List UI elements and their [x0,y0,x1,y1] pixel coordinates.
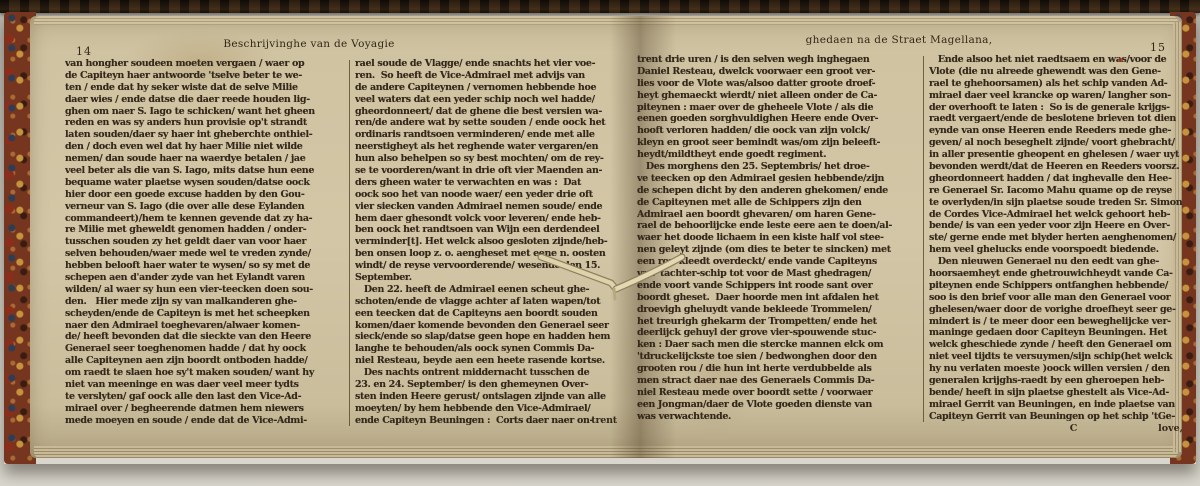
text-line: langhe te behouden/als oock synen Commis… [355,343,617,355]
text-line: nemen/ dan soude haer na waerdye betalen… [65,153,346,165]
text-line: hooft verloren hadden/ die oock van zijn… [637,125,920,137]
text-line: een teecken dat de Capiteyns aen boordt … [355,308,617,320]
text-line: mirael daer veel krancke op waren/ langh… [929,90,1183,102]
page-number-left: 14 [76,45,92,58]
text-line: 'tdruckelijckste toe sien / bedwonghen d… [637,351,920,363]
text-line: schepen aen d'ander zyde van het Eylandt… [65,272,346,284]
text-line: de Capiteynen met alle de Schippers zijn… [637,197,920,209]
text-line: naer den Admirael toeghevaren/alwaer kom… [65,320,346,332]
text-line: gheordonneert hadden / dat inghevalle de… [929,173,1183,185]
text-line: scheyden/ende de Capiteyn is met het sch… [65,308,346,320]
text-line: Daniel Resteau, dwelck voorwaer een groo… [637,66,920,78]
text-line: heydt/mildtheyt ende goedt regiment. [637,149,920,161]
text-line: ste/ gerne ende met blyder herten aenghe… [929,232,1183,244]
text-line: niel Resteau mede over boordt sette / vo… [637,387,920,399]
text-line: kleyn en groot seer bemindt was/om zijn … [637,137,920,149]
catchword-right: love, [1158,423,1183,434]
text-line: ren. So heeft de Vice-Admirael met advij… [355,70,617,82]
text-line: 23. en 24. September/ is den ghemeynen O… [355,379,617,391]
text-line: Des nachts ontrent middernacht tusschen … [355,367,617,379]
text-line: Des morghens den 25. Septembris/ het dro… [637,161,920,173]
text-line: moeyten/ by hem hebbende den Vice-Admira… [355,403,617,415]
text-line: reden en was sy anders hun provisie op't… [65,117,346,129]
text-line: trent drie uren / is den selven wegh ing… [637,54,920,66]
text-line: veel beter als die van S. Iago, mits dat… [65,165,346,177]
text-line: Generael seer toeghenomen hadde / dat hy… [65,343,346,355]
red-ink-speck [1118,58,1123,62]
page-number-right: 15 [1150,41,1166,54]
catchword-left: trent [517,415,617,426]
text-line: ben oock het randtsoen van Wijn een derd… [355,224,617,236]
text-line: maninge gedaen door Capiteyn Beuningen. … [929,327,1183,339]
text-line: Vlote (die nu alreede ghewendt was den G… [929,66,1183,78]
text-line: de Cordes Vice-Admirael het welck gehoor… [929,209,1183,221]
text-line: om raedt te slaen hoe sy't maken souden/… [65,367,346,379]
text-line: hier door een goede excuse hadden by den… [65,189,346,201]
text-line: een Jongman/daer de Vlote goeden dienste… [637,399,920,411]
text-line: niet veel tijdts te versuymen/sijn schip… [929,351,1183,363]
text-line: niet van meeninge en was daer veel meer … [65,379,346,391]
text-line: verneur van S. Iago (die over alle dese … [65,201,346,213]
text-line: der overhooft te laten : So is de genera… [929,102,1183,114]
signature-row: C love, [929,423,1183,434]
text-line: hoorsaemheyt ende ghetrouwichheydt vande… [929,268,1183,280]
text-line: daer wies / ende datse die daer reede ho… [65,94,346,106]
running-header-right: ghedaen na de Straet Magellana, [774,34,1024,46]
text-line: sieck/ende so slap/datse geen hope en ha… [355,331,617,343]
text-line: commandeert)/hem te kennen gevende dat z… [65,213,346,225]
text-line: piteynen : maer over de gheheele Vlote /… [637,102,920,114]
text-line: den. Hier mede zijn sy van malkanderen g… [65,296,346,308]
text-line: soo is den brief voor alle man den Gener… [929,292,1183,304]
text-line: generalen krijghs-raedt by een gheroepen… [929,375,1183,387]
text-line: grooten rou / die hun int herte verdubbe… [637,363,920,375]
text-column-left-1: van hongher soudeen moeten vergaen / wae… [65,58,346,427]
text-line: oock soo het van noode waer/ een yeder d… [355,189,617,201]
text-line: selven behouden/waer mede wel te vreden … [65,248,346,260]
text-line: mindert is / te meer door een beweghelij… [929,316,1183,328]
text-line: te verslyten/ gaf oock alle den last den… [65,391,346,403]
text-line: Ende alsoo het niet raedtsaem en was/voo… [929,54,1183,66]
text-line: van hongher soudeen moeten vergaen / wae… [65,58,346,70]
text-line: de/ heeft bevonden dat die sieckte van d… [65,331,346,343]
text-line: te overlyden/in sijn plaetse soude trede… [929,197,1183,209]
text-line: eynde van onse Heeren ende Reeders mede … [929,125,1183,137]
text-line: lies voor de Vlote was/alsoo datter groo… [637,78,920,90]
text-line: neerstigheyt als het reghende water verg… [355,141,617,153]
text-line: Capiteyn Gerrit van Beuningen op het sch… [929,411,1183,423]
text-line: ordinaris randtsoen verminderen/ ende me… [355,129,617,141]
page-edges-top [34,16,1178,25]
text-line: ren/de andere wat by sette souden / ende… [355,117,617,129]
text-line: rael soude de Vlagge/ ende snachts het v… [355,58,617,70]
text-line: welck gheschiede zynde / heeft den Gener… [929,339,1183,351]
text-line: gheordonneert/ dat de ghene die best ver… [355,106,617,118]
text-line: wilden/ al waer sy hun een vier-teecken … [65,284,346,296]
text-line: de schepen dicht by den anderen ghekomen… [637,185,920,197]
text-line: hem daer ghesondt volck voor leveren/ en… [355,213,617,225]
text-line: veel waters dat een yeder schip noch wel… [355,94,617,106]
text-line: ghen om naer S. Iago te schicken/ want h… [65,106,346,118]
text-line: ghelesen/waer door de vorighe droefheyt … [929,304,1183,316]
text-line: hem veel ghelucks ende voorspoedt bieden… [929,244,1183,256]
text-line: hun also behelpen so sy best mochten/ om… [355,153,617,165]
text-line: vier siecken vanden Admirael nemen soude… [355,201,617,213]
text-line: se te voorderen/want in drie oft vier Ma… [355,165,617,177]
text-line: bevonden werdt/dat de Heeren en Reeders … [929,161,1183,173]
text-line: ken : Daer sach men die stercke mannen e… [637,339,920,351]
text-line: de Capiteyn haer antwoorde 'tselve beter… [65,70,346,82]
text-line: piteynen ende Schippers ontfanghen hebbe… [929,280,1183,292]
text-line: geven/ al noch beseghelt zijnde/ voort g… [929,137,1183,149]
text-line: ten / ende dat hy seker wiste dat de sel… [65,82,346,94]
text-line: mirael Gerrit van Beuningen, en inde pla… [929,399,1183,411]
text-line: re Generael Sr. Iacomo Mahu quame op de … [929,185,1183,197]
open-book: 14 Beschrijvinghe van de Voyagie van hon… [4,12,1196,464]
text-line: raedt vergaert/ende de beslotene brieven… [929,113,1183,125]
text-line: men stract daer nae des Generaels Commis… [637,375,920,387]
text-line: de andere Capiteynen / vernomen hebbende… [355,82,617,94]
column-divider [349,60,350,426]
signature-mark: C [1070,423,1078,434]
column-divider [923,56,924,422]
text-line: hebben belooft haer water te wysen/ so s… [65,260,346,272]
text-line: Den nieuwen Generael nu den eedt van ghe… [929,256,1183,268]
text-line: Admirael aen boordt ghevaren/ om haren G… [637,209,920,221]
text-line: den / doch even wel dat hy haer Milie ni… [65,141,346,153]
text-line: ve teecken op den Admirael gesien hebben… [637,173,920,185]
text-line: bende/ heeft in sijn plaetse ghestelt al… [929,387,1183,399]
text-line: heyt ghemaeckt wierdt/ niet alleen onder… [637,90,920,102]
text-line: was verwachtende. [637,411,920,423]
text-line: laten souden/daer sy haer int gheberchte… [65,129,346,141]
text-line: in aller presentie gheopent en ghelesen … [929,149,1183,161]
text-column-right-2: Ende alsoo het niet raedtsaem en was/voo… [929,54,1183,423]
text-line: alle Capiteynen aen zijn boordt ontboden… [65,355,346,367]
text-line: hy nu verlaten moeste )oock willen versi… [929,363,1183,375]
text-line: sten inden Heere gerust/ ontslagen zijnd… [355,391,617,403]
page-edges-bottom [34,446,1178,458]
text-line: bende/ is van een yeder voor zijn Heere … [929,220,1183,232]
text-line: tusschen souden zy het geldt daer van vo… [65,236,346,248]
text-line: rael te ghehoorsamen) als het schip vand… [929,78,1183,90]
bookmark-thread [519,237,719,307]
text-line: re Milie met gheweldt genomen hadden / o… [65,224,346,236]
text-line: eenen goeden sorghvuldighen Heere ende O… [637,113,920,125]
text-line: het treurigh ghekarm der Trompetten/ end… [637,316,920,328]
text-line: rael de behoorlijcke ende leste eere aen… [637,220,920,232]
text-line: deerlijck gehuyl der grove vier-spouwend… [637,327,920,339]
text-line: mede moeyen en soude / ende dat de Vice-… [65,415,346,427]
text-line: ders gheen water te verwachten en was : … [355,177,617,189]
text-line: bequame water plaetse wysen souden/datse… [65,177,346,189]
text-line: niel Resteau, beyde aen een heete rasend… [355,355,617,367]
running-header-left: Beschrijvinghe van de Voyagie [184,38,434,50]
text-line: mirael over / begheerende datmen hem nie… [65,403,346,415]
text-line: komen/daer komende bevonden den Generael… [355,320,617,332]
